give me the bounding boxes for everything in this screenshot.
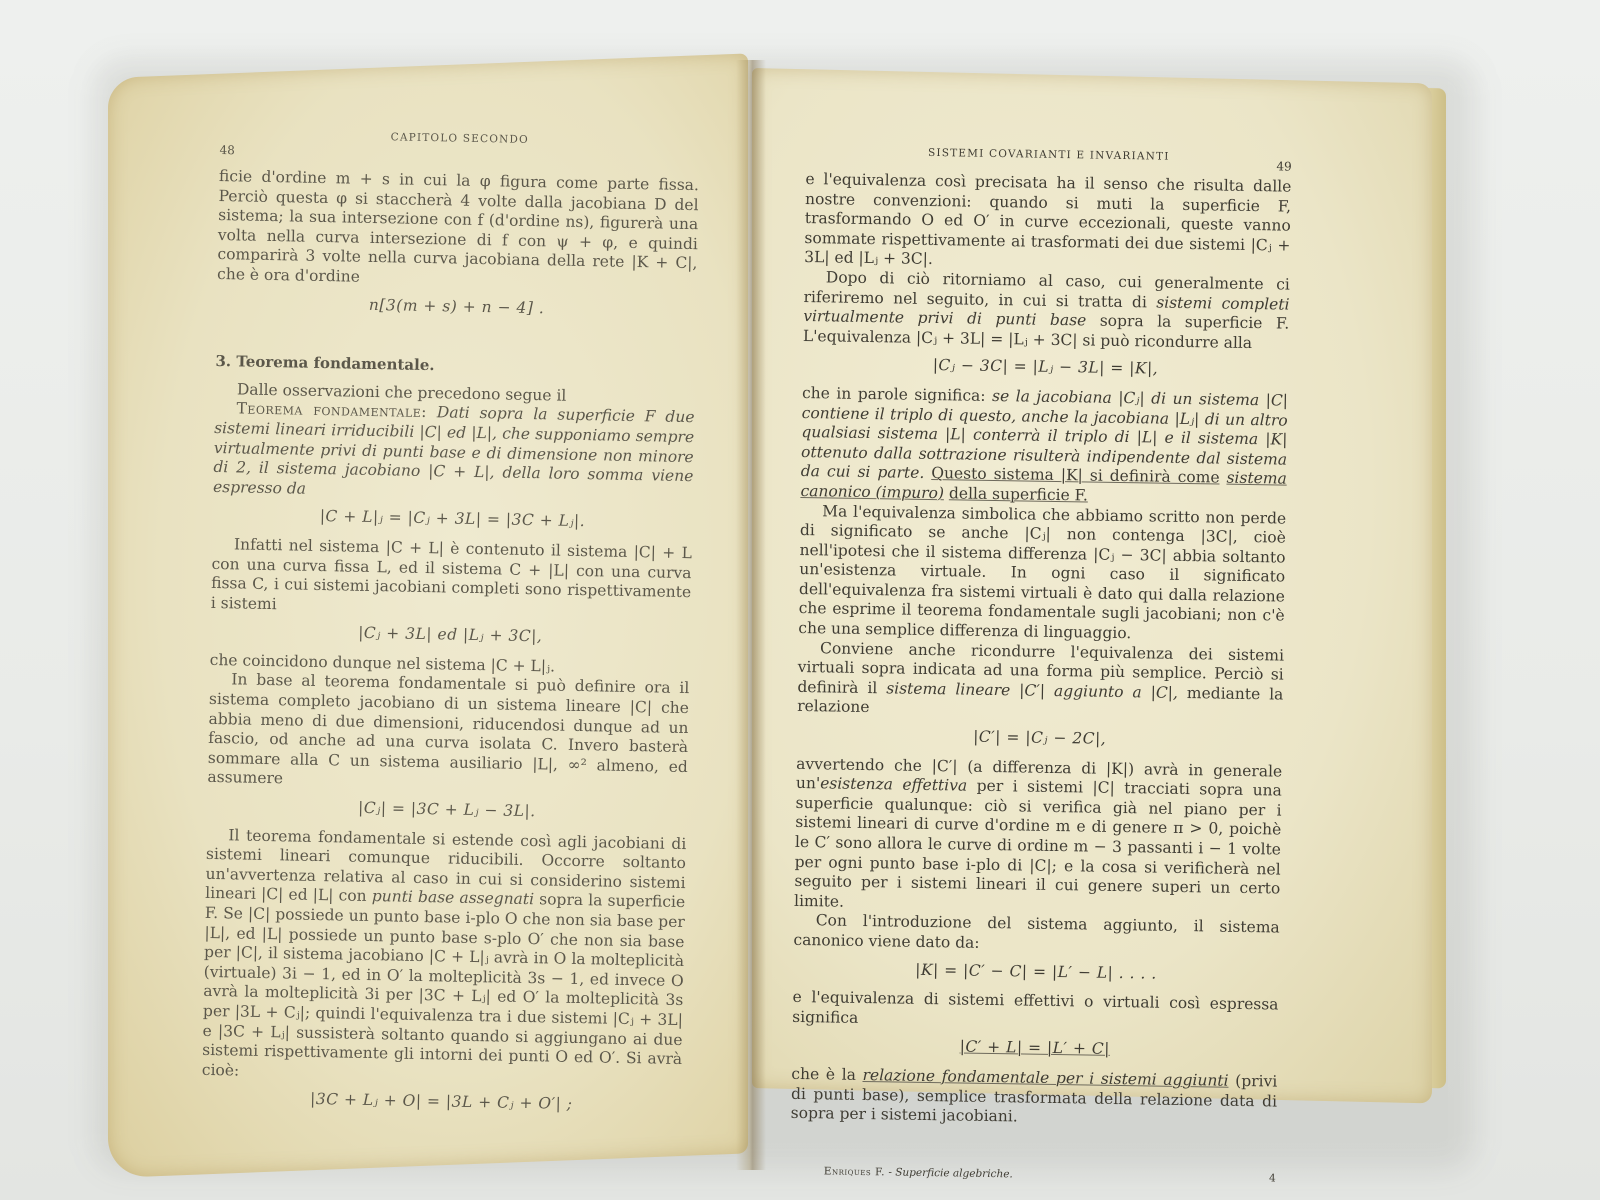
footer-citation: Enriques F. - Superficie algebriche.: [824, 1162, 1013, 1185]
formula: |Cⱼ| = |3C + Lⱼ − 3L|.: [207, 796, 687, 825]
paragraph: Infatti nel sistema |C + L| è contenuto …: [211, 535, 692, 623]
formula: |Cⱼ − 3C| = |Lⱼ − 3L| = |K|,: [802, 354, 1288, 381]
book-gutter: [736, 60, 766, 1170]
paragraph: Con l'introduzione del sistema aggiunto,…: [793, 911, 1280, 958]
emphasis: punti base assegnati: [372, 887, 535, 908]
underlined-text: della superficie F.: [949, 484, 1088, 504]
section-title: 3. Teorema fondamentale.: [215, 352, 695, 381]
emphasis: esistenza effettiva: [820, 775, 967, 795]
paragraph: ficie d'ordine m + s in cui la φ figura …: [217, 167, 699, 294]
underlined-text: Questo sistema |K| si definirà come: [931, 464, 1220, 487]
formula: |C + L|ⱼ = |Cⱼ + 3L| = |3C + Lⱼ|.: [212, 505, 692, 534]
right-page-text: SISTEMI COVARIANTI E INVARIANTI 49 e l'e…: [790, 142, 1292, 1189]
formula-underlined: |C′ + L| = |L′ + C|: [792, 1035, 1278, 1062]
text-run: che è la: [791, 1065, 856, 1084]
footer-title: Superficie algebriche.: [895, 1166, 1013, 1180]
formula: n[3(m + s) + n − 4] .: [216, 293, 696, 322]
formula: |C′| = |Cⱼ − 2C|,: [797, 725, 1283, 752]
paragraph: Conviene anche ricondurre l'equivalenza …: [797, 639, 1284, 725]
theorem: Teorema fondamentale: Dati sopra la supe…: [213, 399, 695, 506]
signature-mark: 4: [1269, 1169, 1276, 1189]
text-run: sopra la superficie F. Se |C| possiede u…: [202, 891, 686, 1080]
paragraph: avvertendo che |C′| (a differenza di |K|…: [794, 755, 1282, 919]
page-footer: Enriques F. - Superficie algebriche. 4: [790, 1162, 1276, 1190]
left-page-text: CAPITOLO SECONDO 48 ficie d'ordine m + s…: [201, 125, 700, 1127]
text-run: per i sistemi |C| tracciati sopra una su…: [794, 777, 1282, 910]
page-number: 49: [1276, 157, 1292, 177]
page-number: 48: [219, 141, 235, 161]
paragraph: che è la relazione fondamentale per i si…: [791, 1065, 1278, 1131]
paragraph: Il teorema fondamentale si estende così …: [202, 825, 687, 1089]
formula: |K| = |C′ − C| = |L′ − L| . . . .: [793, 958, 1279, 985]
paragraph: e l'equivalenza di sistemi effettivi o v…: [792, 988, 1279, 1035]
theorem-label: Teorema fondamentale:: [236, 400, 427, 422]
formula: |Cⱼ + 3L| ed |Lⱼ + 3C|,: [210, 621, 690, 650]
paragraph: Dopo di ciò ritorniamo al caso, cui gene…: [803, 268, 1290, 354]
formula: |3C + Lⱼ + O| = |3L + Cⱼ + O′| ;: [201, 1088, 681, 1117]
paragraph: Ma l'equivalenza simbolica che abbiamo s…: [798, 501, 1286, 646]
footer-author: Enriques F.: [824, 1165, 885, 1178]
text-run: che in parole significa:: [802, 384, 986, 405]
emphasis: sistema lineare |C′| aggiunto a |C|,: [886, 679, 1178, 702]
paragraph: In base al teorema fondamentale si può d…: [207, 670, 689, 797]
paragraph: e l'equivalenza così precisata ha il sen…: [804, 170, 1291, 276]
paragraph: che in parole significa: se la jacobiana…: [800, 384, 1288, 509]
